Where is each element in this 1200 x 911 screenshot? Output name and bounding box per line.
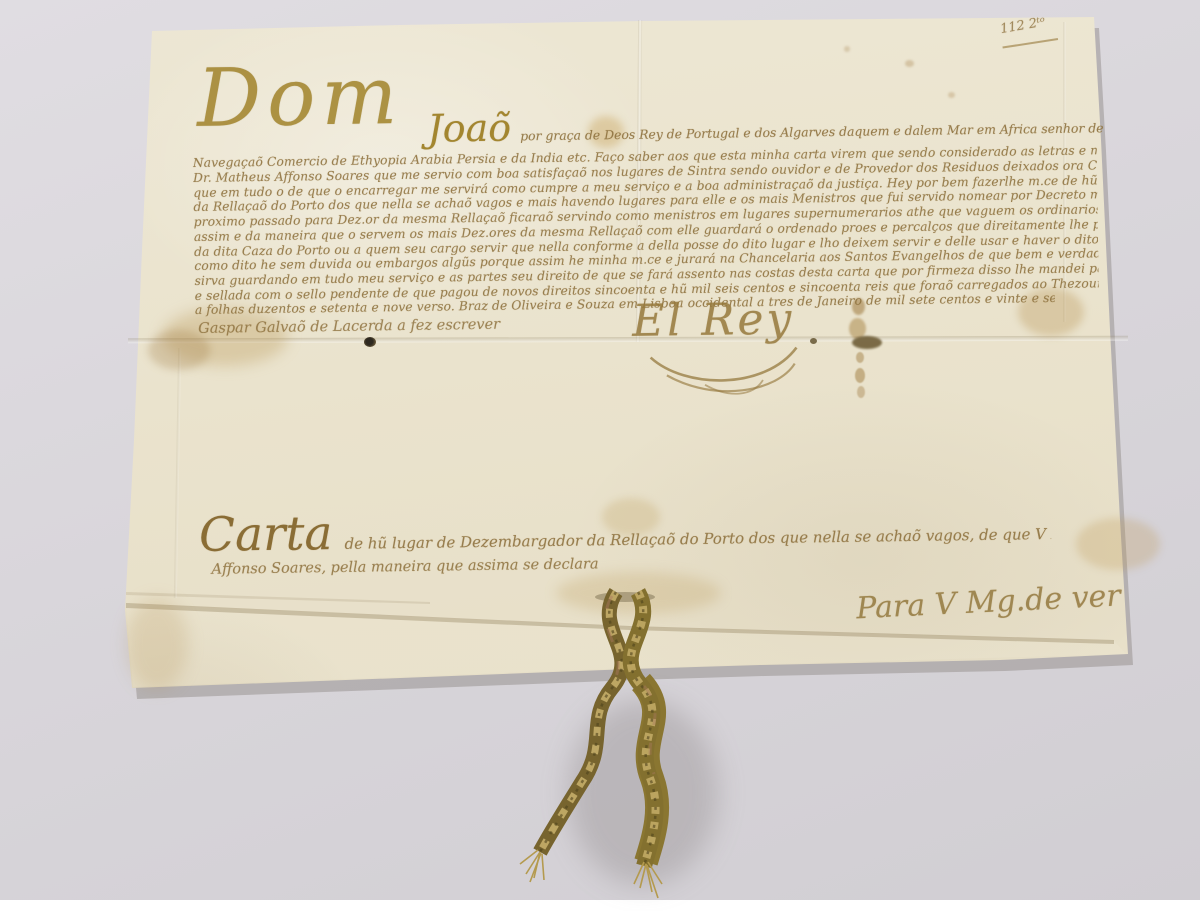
ribbon-right-strand xyxy=(631,592,662,898)
signature-flourish xyxy=(644,335,815,407)
docket-line: Carta de hũ lugar de Dezembargador da Re… xyxy=(199,496,1052,563)
opening-line: Joaõ por graça de Deos Rey de Portugal e… xyxy=(427,97,1104,150)
ribbon-left-fray xyxy=(520,850,544,882)
scribe-line: Gaspar Galvaõ de Lacerda a fez escrever xyxy=(198,317,500,337)
illuminated-initial-word: Dom xyxy=(196,49,403,145)
royal-name: Joaõ xyxy=(427,106,511,151)
ribbon-right-fray xyxy=(634,862,662,898)
ribbon-left-strand xyxy=(520,592,622,882)
approval-note: Para V Mg.de ver xyxy=(855,578,1121,626)
photo-background: Dom Joaõ por graça de Deos Rey de Portug… xyxy=(0,0,1200,900)
docket-line1-text: de hũ lugar de Dezembargador da Rellaçaõ… xyxy=(344,525,1051,553)
opening-line-text: por graça de Deos Rey de Portugal e dos … xyxy=(520,120,1103,143)
archival-folio-number: 112 2ᵗᵒ xyxy=(999,15,1046,38)
seal-ribbon xyxy=(500,586,720,900)
archival-number-underline xyxy=(1002,38,1058,49)
docket-heading-word: Carta xyxy=(199,506,333,563)
